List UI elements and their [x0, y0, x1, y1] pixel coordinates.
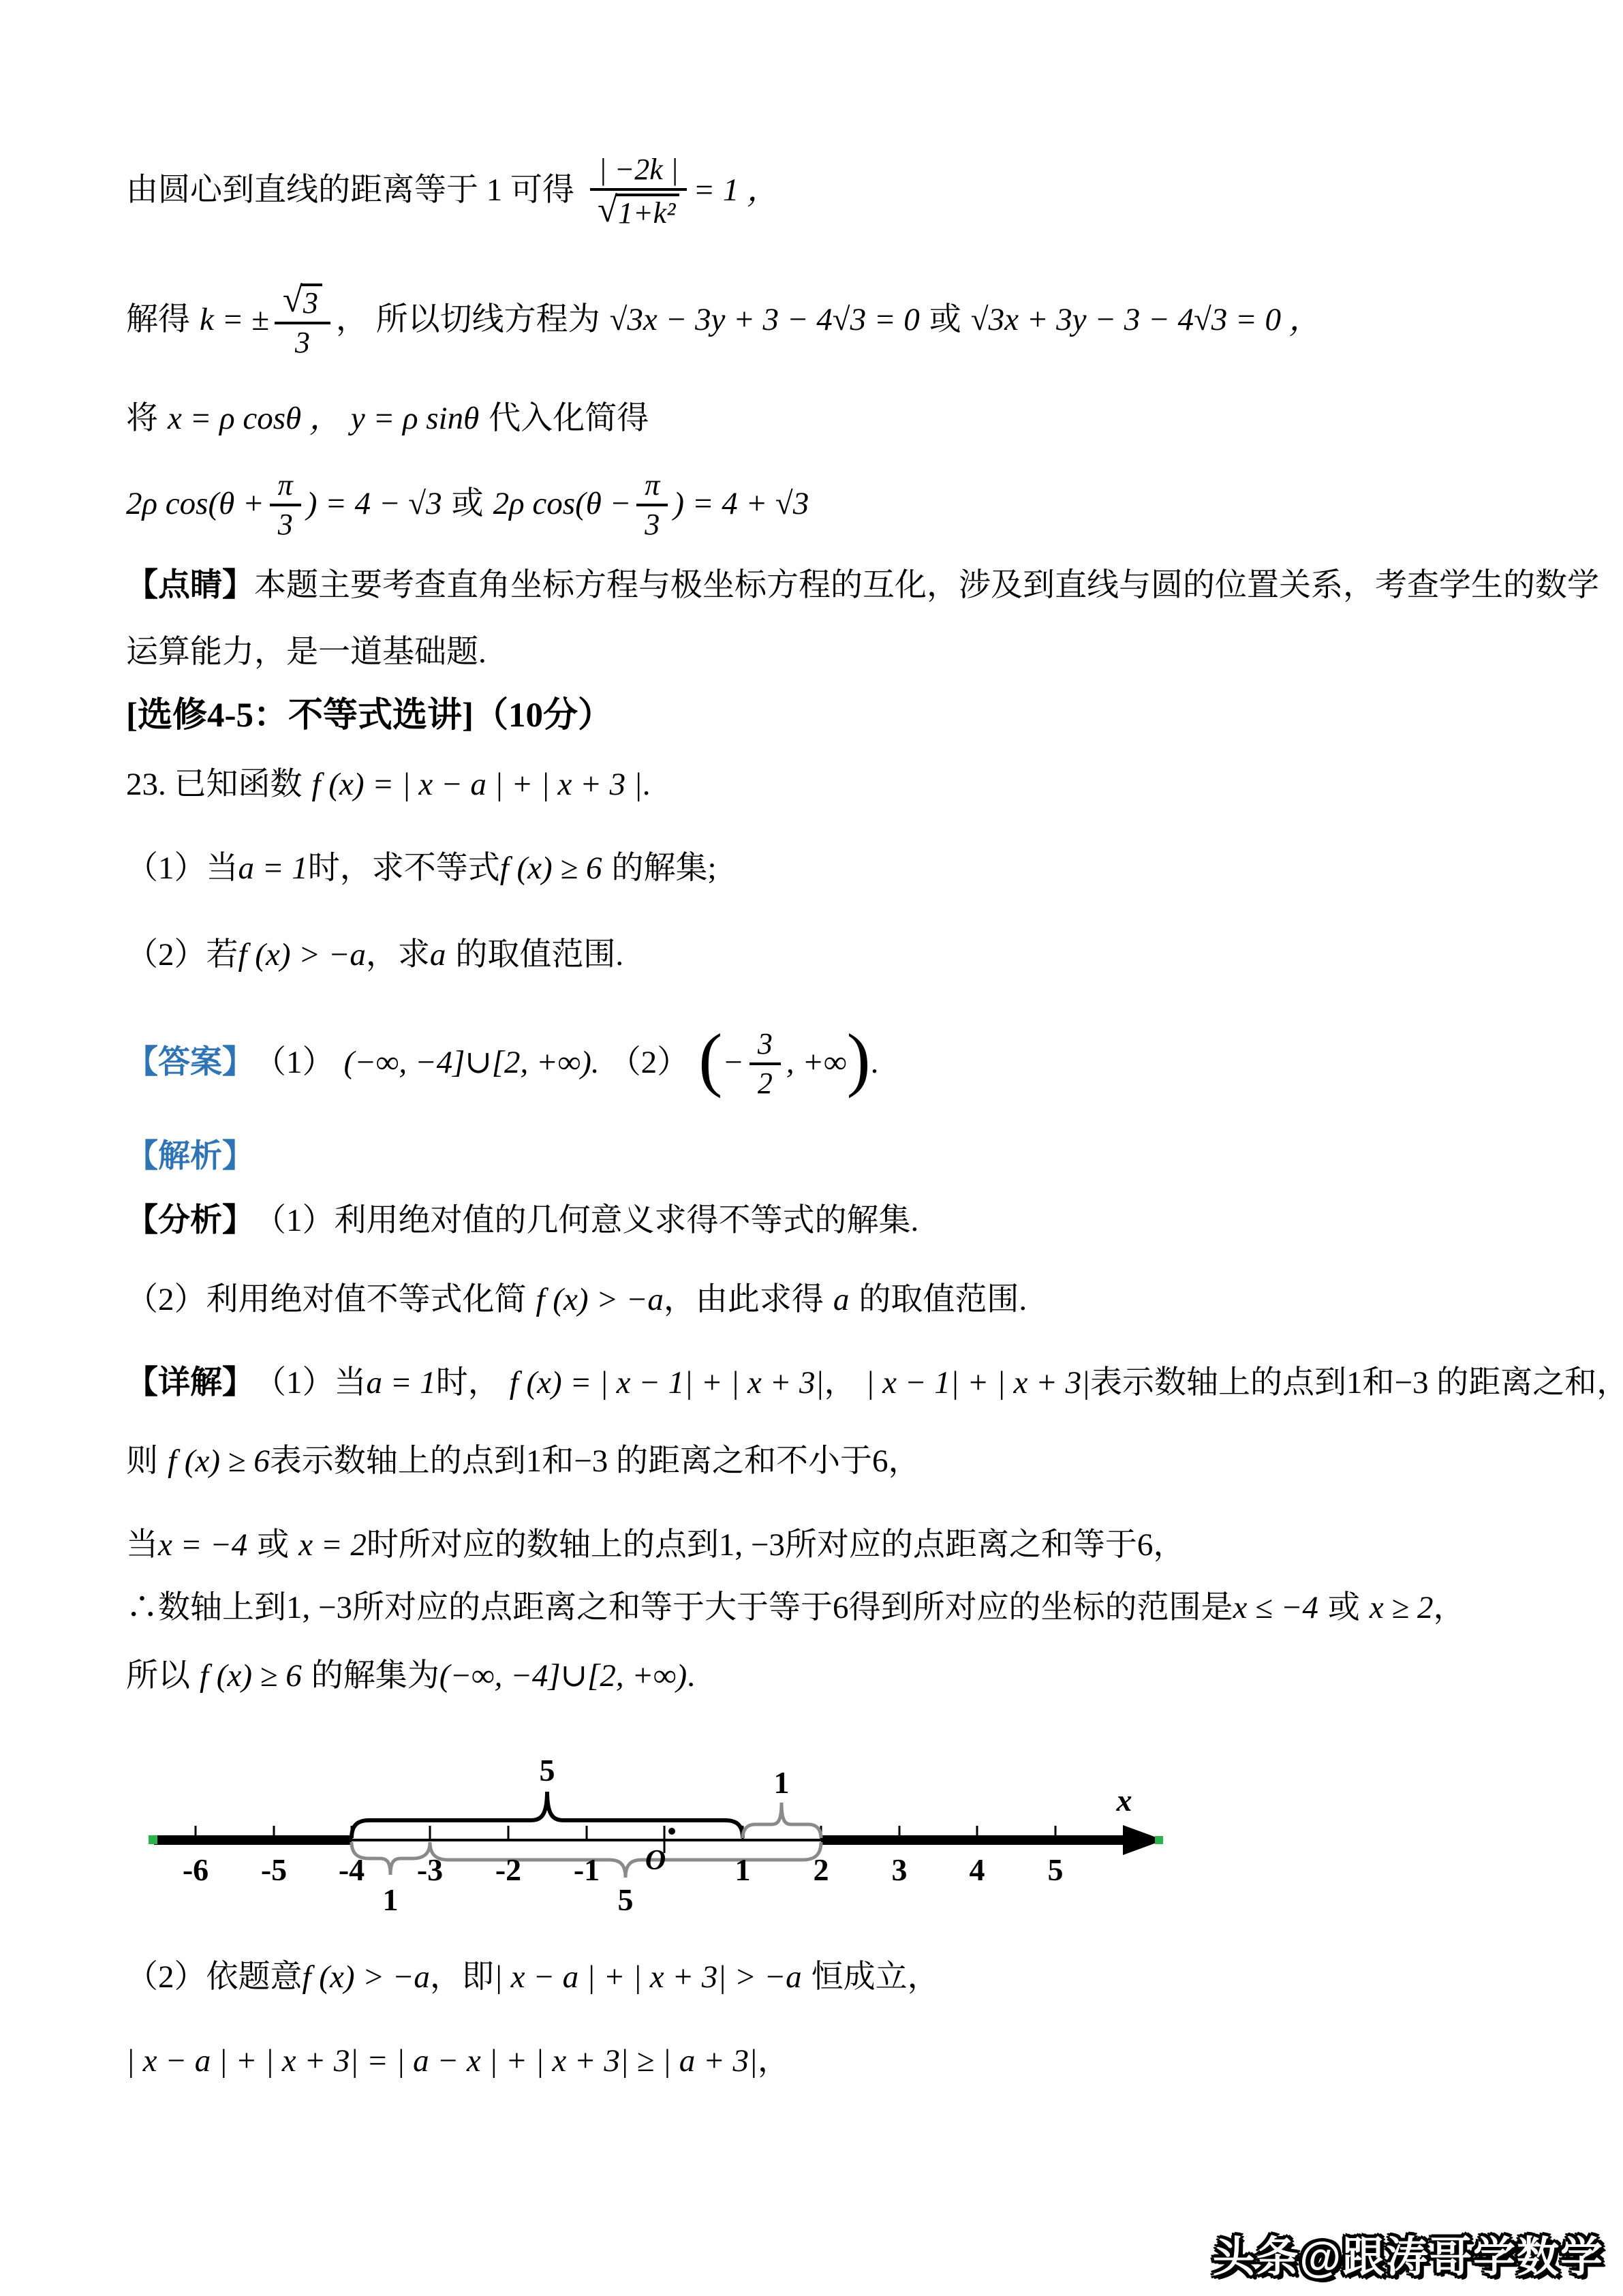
text-run: 则 — [126, 1443, 158, 1480]
text-run: 时所对应的数轴上的点到1, −3所对应的点距离之和等于6， — [367, 1527, 1186, 1564]
math-run: a — [833, 1281, 850, 1319]
fraction-denominator: 2 — [749, 1065, 781, 1099]
solution-line-polar-equations: 2ρ cos(θ + π 3 ) = 4 − √3 或 2ρ cos(θ − π… — [126, 453, 809, 555]
bottom-big-brace — [430, 1842, 821, 1878]
math-run: (−∞, −4]∪[2, +∞). — [344, 1044, 600, 1082]
remark-paragraph-line2: 运算能力，是一道基础题. — [126, 632, 486, 673]
radical: √1+k² — [598, 194, 679, 230]
section-heading-text: [选修4-5：不等式选讲]（10分） — [126, 695, 613, 736]
math-run: f (x) ≥ 6 — [168, 1443, 270, 1480]
text-run: ， 所以切线方程为 — [336, 301, 600, 339]
text-run: 或 — [929, 301, 961, 339]
text-run: （2）依题意 — [126, 1959, 303, 1996]
svg-text:5: 5 — [1048, 1852, 1064, 1887]
text-run: ， — [824, 1364, 856, 1402]
solution-line-tangent-equations: 解得 k = ± √3 3 ， 所以切线方程为 √3x − 3y + 3 − 4… — [126, 266, 1321, 375]
detail-line1: 【详解】 （1）当 a = 1 时， f (x) = | x − 1| + | … — [126, 1356, 1623, 1411]
radicand: 1+k² — [615, 194, 679, 229]
math-run: = 1 ， — [693, 172, 779, 209]
axis-endpoint-right — [1155, 1836, 1163, 1844]
text-run: 或 — [1328, 1589, 1360, 1627]
svg-text:-2: -2 — [495, 1852, 521, 1887]
math-run: f (x) ≥ 6 — [500, 850, 602, 887]
math-run: | x − a | + | x + 3| = | a − x | + | x +… — [126, 2042, 758, 2080]
origin-label: O — [645, 1845, 666, 1876]
math-run: f (x) > −a — [238, 936, 366, 974]
fraction-numerator: 3 — [749, 1027, 781, 1065]
text-run: （1） — [254, 1044, 335, 1082]
text-run: （2） — [609, 1044, 690, 1082]
solution-line-distance-equation: 由圆心到直线的距离等于 1 可得 | −2k | √1+k² = 1 ， — [126, 136, 779, 245]
text-run: ∴数轴上到1, −3所对应的点距离之和等于大于等于6得到所对应的坐标的范围是 — [126, 1589, 1233, 1627]
remark-label: 【点睛】 — [126, 567, 254, 604]
math-run: a = 1 — [238, 850, 308, 887]
text-run: 或 — [257, 1527, 289, 1564]
top-big-brace — [352, 1792, 743, 1838]
text-run: . — [687, 1657, 695, 1695]
origin-dot — [668, 1828, 675, 1835]
text-run: 的取值范围. — [455, 936, 623, 974]
text-run: 当 — [126, 1527, 158, 1564]
answer-label: 【答案】 — [126, 1044, 254, 1082]
analysis-line2: （2）利用绝对值不等式化简 f (x) > −a ，由此求得 a 的取值范围. — [126, 1273, 1027, 1328]
axis-endpoint-left — [149, 1835, 157, 1844]
text-run: 表示数轴上的点到1和−3 的距离之和， — [1090, 1364, 1623, 1402]
fraction: π 3 — [270, 468, 301, 540]
math-run: (−∞, −4]∪[2, +∞) — [439, 1657, 687, 1695]
svg-text:-4: -4 — [339, 1852, 365, 1887]
text-run: 将 — [126, 400, 158, 438]
text-run: 的解集; — [612, 850, 717, 887]
fraction-numerator: π — [270, 468, 301, 506]
text-run: ， — [758, 2042, 790, 2080]
text-run: 时，求不等式 — [308, 850, 500, 887]
svg-text:-5: -5 — [261, 1852, 287, 1887]
math-run: k = ± — [200, 301, 269, 339]
math-run: x = −4 — [158, 1527, 247, 1564]
math-run: , +∞ — [786, 1044, 847, 1082]
analysis-sublabel: 【分析】 — [126, 1202, 254, 1240]
watermark: 头条@跟涛哥学数学 — [1213, 2223, 1604, 2284]
math-run: f (x) = | x − 1| + | x + 3| — [510, 1364, 824, 1402]
math-run: ) = 4 + √3 — [673, 485, 809, 523]
fraction: 3 2 — [749, 1027, 781, 1099]
svg-text:2: 2 — [814, 1852, 829, 1887]
radical-sign-icon: √ — [283, 282, 303, 318]
detail-line2: 则 f (x) ≥ 6 表示数轴上的点到1和−3 的距离之和不小于6， — [126, 1435, 921, 1489]
analysis-label: 【解析】 — [126, 1138, 254, 1176]
text-run: 本题主要考查直角坐标方程与极坐标方程的互化，涉及到直线与圆的位置关系，考查学生的… — [254, 567, 1599, 604]
remark-paragraph-line1: 【点睛】 本题主要考查直角坐标方程与极坐标方程的互化，涉及到直线与圆的位置关系，… — [126, 566, 1599, 607]
math-run: y = ρ sinθ — [351, 400, 479, 438]
text-run: 所以 — [126, 1657, 190, 1695]
detail-line5: 所以 f (x) ≥ 6 的解集为 (−∞, −4]∪[2, +∞) . — [126, 1649, 695, 1704]
radical-sign-icon: √ — [598, 192, 617, 228]
fraction-numerator: √3 — [275, 282, 330, 325]
top-small-brace-label: 1 — [774, 1765, 790, 1800]
fraction-denominator: 3 — [287, 324, 318, 358]
math-run: x ≥ 2 — [1370, 1589, 1434, 1627]
problem-part-2: （2）若 f (x) > −a ，求 a 的取值范围. — [126, 928, 623, 983]
axis-variable-label: x — [1116, 1783, 1132, 1818]
fraction-denominator: 3 — [636, 506, 668, 540]
fraction-numerator: | −2k | — [590, 153, 686, 191]
math-run: 2ρ cos(θ + — [126, 485, 264, 523]
answer-line: 【答案】 （1） (−∞, −4]∪[2, +∞). （2） ( − 3 2 ,… — [126, 1015, 878, 1111]
math-run: √3x − 3y + 3 − 4√3 = 0 — [610, 301, 920, 339]
svg-text:3: 3 — [892, 1852, 908, 1887]
text-run: . — [643, 766, 651, 803]
text-run: 表示数轴上的点到1和−3 的距离之和不小于6， — [270, 1443, 921, 1480]
text-run: ，由此求得 — [664, 1281, 824, 1319]
math-run: | x − a | + | x + 3| > −a — [494, 1959, 802, 1996]
fraction-denominator: √1+k² — [589, 191, 687, 230]
text-run: 运算能力，是一道基础题. — [126, 634, 486, 671]
text-run: 代入化简得 — [489, 400, 649, 438]
math-run: f (x) > −a — [536, 1281, 664, 1319]
math-run: f (x) = | x − a | + | x + 3 | — [312, 766, 643, 803]
text-run: （1）当 — [254, 1364, 367, 1402]
fraction: √3 3 — [275, 282, 330, 359]
bottom-small-brace-label: 1 — [383, 1882, 399, 1917]
math-run: x ≤ −4 — [1233, 1589, 1318, 1627]
detail-line3: 当 x = −4 或 x = 2 时所对应的数轴上的点到1, −3所对应的点距离… — [126, 1525, 1185, 1566]
text-run: ，求 — [366, 936, 430, 974]
math-run: f (x) ≥ 6 — [200, 1657, 302, 1695]
math-run: √3x + 3y − 3 − 4√3 = 0 ， — [971, 301, 1321, 339]
text-run: 解得 — [126, 301, 190, 339]
text-run: 的解集为 — [311, 1657, 439, 1695]
text-run: 时， — [436, 1364, 500, 1402]
text-run: （1）当 — [126, 850, 238, 887]
text-run: （2）利用绝对值不等式化简 — [126, 1281, 527, 1319]
svg-text:1: 1 — [735, 1852, 751, 1887]
fraction-denominator: 3 — [270, 506, 301, 540]
text-run: . — [871, 1044, 879, 1082]
text-run: （2）若 — [126, 936, 238, 974]
text-run: 23. 已知函数 — [126, 766, 303, 803]
math-run: a = 1 — [367, 1364, 436, 1402]
svg-text:-6: -6 — [183, 1852, 208, 1887]
fraction: π 3 — [636, 468, 668, 540]
math-run: x = 2 — [298, 1527, 367, 1564]
part2-line1: （2）依题意 f (x) > −a ，即 | x − a | + | x + 3… — [126, 1950, 940, 2005]
part2-line2: | x − a | + | x + 3| = | a − x | + | x +… — [126, 2034, 790, 2089]
math-run: | x − 1| + | x + 3| — [865, 1364, 1090, 1402]
detail-line4: ∴数轴上到1, −3所对应的点距离之和等于大于等于6得到所对应的坐标的范围是 x… — [126, 1588, 1466, 1629]
svg-text:4: 4 — [970, 1852, 985, 1887]
text-run: 由圆心到直线的距离等于 1 可得 — [126, 172, 574, 209]
text-run: 的取值范围. — [859, 1281, 1027, 1319]
problem-part-1: （1）当 a = 1 时，求不等式 f (x) ≥ 6 的解集; — [126, 842, 717, 896]
solution-line-substitution: 将 x = ρ cosθ ， y = ρ sinθ 代入化简得 — [126, 399, 649, 440]
analysis-header: 【解析】 — [126, 1137, 254, 1178]
analysis-line1: 【分析】 （1）利用绝对值的几何意义求得不等式的解集. — [126, 1201, 918, 1242]
math-run: ) = 4 − √3 — [307, 485, 442, 523]
text-run: 或 — [452, 485, 484, 523]
top-big-brace-label: 5 — [540, 1753, 555, 1788]
math-run: x = ρ cosθ ， — [168, 400, 341, 438]
text-run: ， — [1434, 1589, 1466, 1627]
svg-text:-3: -3 — [417, 1852, 443, 1887]
radical: √3 — [283, 284, 322, 320]
fraction-numerator: π — [636, 468, 668, 506]
math-run: 2ρ cos(θ − — [493, 485, 632, 523]
detail-label: 【详解】 — [126, 1364, 254, 1402]
bottom-big-brace-label: 5 — [618, 1882, 634, 1917]
document-page: 由圆心到直线的距离等于 1 可得 | −2k | √1+k² = 1 ， 解得 … — [0, 0, 1623, 2296]
number-line-figure: 5 1 1 5 x O -6 -5 -4 -3 -2 -1 1 2 3 4 5 — [102, 1734, 1301, 1953]
radicand: 3 — [300, 284, 322, 319]
math-run: f (x) > −a — [303, 1959, 430, 1996]
math-run: a — [430, 936, 446, 974]
top-small-brace — [743, 1803, 821, 1838]
problem-statement: 23. 已知函数 f (x) = | x − a | + | x + 3 | . — [126, 758, 651, 812]
text-run: ，即 — [430, 1959, 494, 1996]
section-heading: [选修4-5：不等式选讲]（10分） — [126, 694, 613, 737]
math-run: − — [722, 1044, 744, 1082]
text-run: 恒成立， — [811, 1959, 940, 1996]
fraction: | −2k | √1+k² — [589, 153, 687, 230]
text-run: （1）利用绝对值的几何意义求得不等式的解集. — [254, 1202, 918, 1240]
svg-text:-1: -1 — [574, 1852, 600, 1887]
